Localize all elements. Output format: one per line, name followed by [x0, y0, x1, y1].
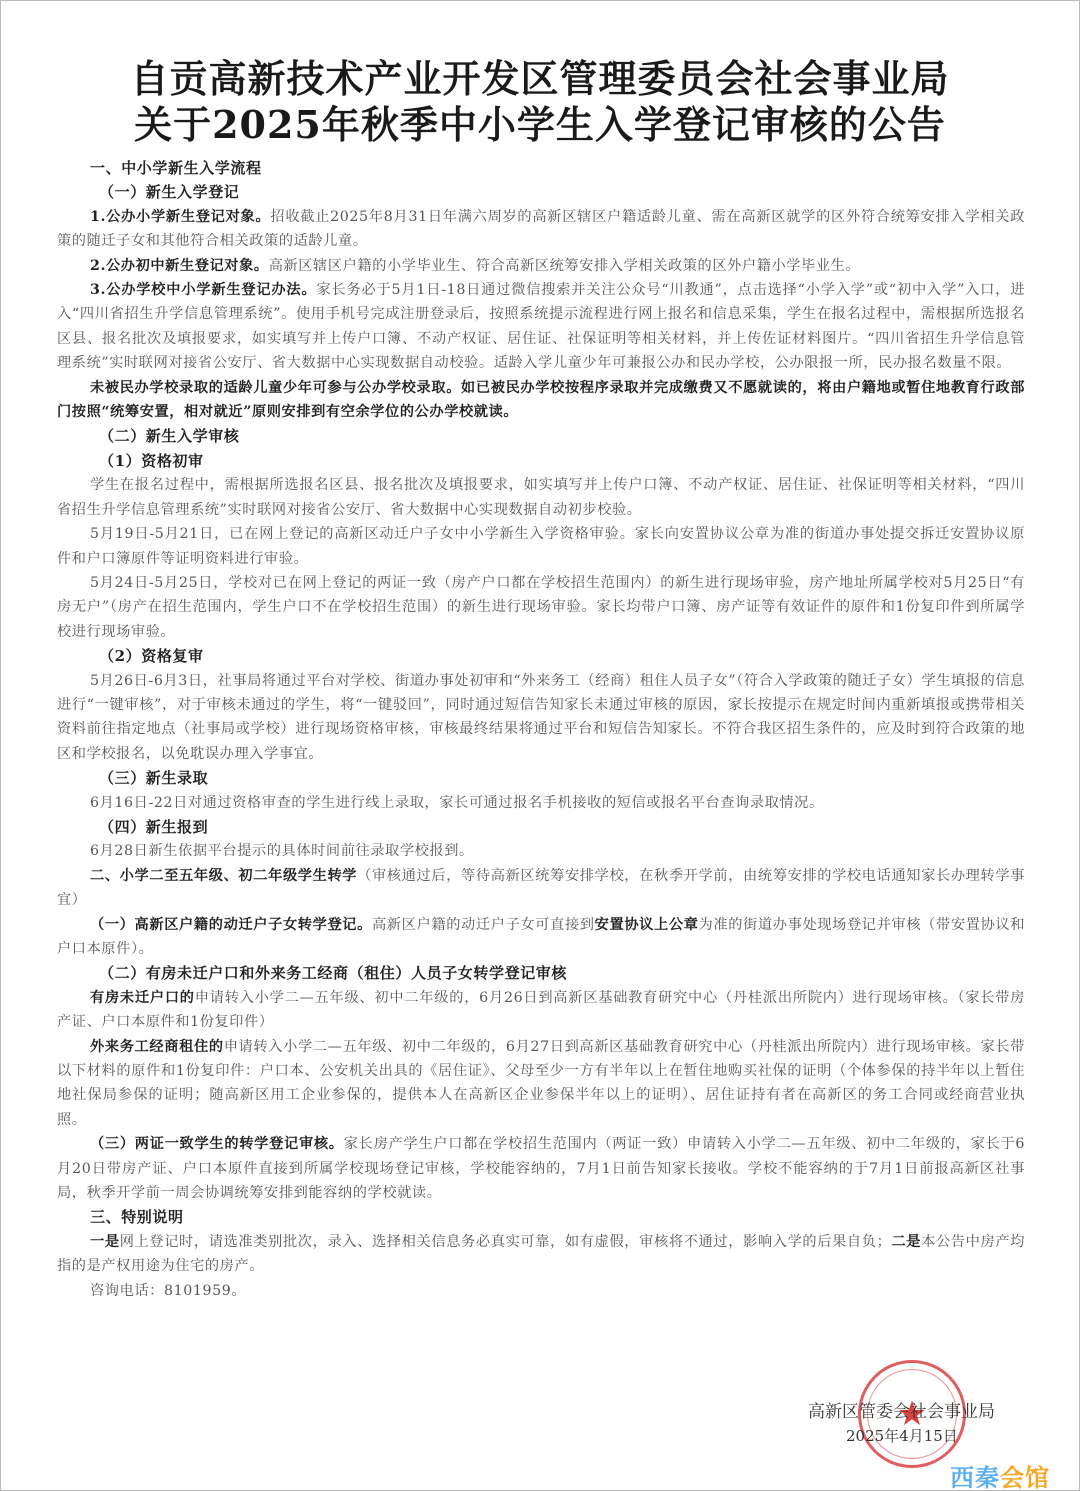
paragraph: 外来务工经商租住的申请转入小学二—五年级、初中二年级的，6月27日到高新区基础教… — [57, 1035, 1025, 1133]
document-body: 一、中小学新生入学流程 （一）新生入学登记 1.公办小学新生登记对象。招收截止2… — [57, 156, 1025, 1303]
paragraph-emphasis: 安置协议上公章 — [595, 917, 699, 933]
paragraph-text: 高新区户籍的动迁户子女可直接到 — [372, 917, 595, 933]
section-heading-1: 一、中小学新生入学流程 — [57, 156, 1025, 180]
signature-block: 高新区管委会社会事业局 2025年4月15日 — [808, 1400, 995, 1448]
paragraph: 1.公办小学新生登记对象。招收截止2025年8月31日年满六周岁的高新区辖区户籍… — [57, 205, 1025, 254]
subsection-heading: （二）新生入学审核 — [57, 424, 1025, 448]
subsection-heading: （三）新生录取 — [57, 766, 1025, 790]
document-title-line1: 自贡高新技术产业开发区管理委员会社会事业局 — [0, 54, 1080, 104]
paragraph-text: 申请转入小学二—五年级、初中二年级的，6月26日到高新区基础教育研究中心（丹桂派… — [57, 990, 1025, 1030]
paragraph-lead: 外来务工经商租住的 — [90, 1039, 224, 1055]
subsection-heading: （二）有房未迁户口和外来务工经商（租住）人员子女转学登记审核 — [57, 961, 1025, 985]
paragraph-lead: 一是 — [90, 1234, 120, 1250]
paragraph: 6月28日新生依据平台提示的具体时间前往录取学校报到。 — [57, 839, 1025, 863]
paragraph: 5月24日-5月25日，学校对已在网上登记的两证一致（房产户口都在学校招生范围内… — [57, 571, 1025, 644]
section-heading-text: 二、小学二至五年级、初二年级学生转学 — [90, 868, 357, 884]
paragraph-lead: 有房未迁户口的 — [90, 990, 195, 1006]
paragraph: 3.公办学校中小学新生登记办法。家长务必于5月1日-18日通过微信搜索并关注公众… — [57, 278, 1025, 376]
document-title-line2: 关于2025年秋季中小学生入学登记审核的公告 — [0, 100, 1080, 150]
subsection-heading: （2）资格复审 — [57, 644, 1025, 668]
paragraph: 有房未迁户口的申请转入小学二—五年级、初中二年级的，6月26日到高新区基础教育研… — [57, 986, 1025, 1035]
subsection-heading: （四）新生报到 — [57, 815, 1025, 839]
paragraph-text: 网上登记时，请选准类别批次，录入、选择相关信息务必真实可靠，如有虚假，审核将不通… — [120, 1234, 892, 1250]
watermark-logo: 西秦会馆 — [950, 1458, 1050, 1491]
paragraph: 学生在报名过程中，需根据所选报名区县、报名批次及填报要求，如实填写并上传户口簿、… — [57, 473, 1025, 522]
signature-date: 2025年4月15日 — [808, 1424, 995, 1448]
paragraph-text: 高新区辖区户籍的小学毕业生、符合高新区统筹安排入学相关政策的区外户籍小学毕业生。 — [269, 258, 861, 274]
paragraph: （三）两证一致学生的转学登记审核。家长房产学生户口都在学校招生范围内（两证一致）… — [57, 1132, 1025, 1205]
paragraph-lead: 1.公办小学新生登记对象。 — [90, 209, 270, 225]
watermark-part2: 会馆 — [1000, 1464, 1050, 1491]
signature-org: 高新区管委会社会事业局 — [808, 1400, 995, 1424]
paragraph: 6月16日-22日对通过资格审查的学生进行线上录取，家长可通过报名手机接收的短信… — [57, 791, 1025, 815]
paragraph: 一是网上登记时，请选准类别批次，录入、选择相关信息务必真实可靠，如有虚假，审核将… — [57, 1230, 1025, 1279]
paragraph-emphasis: 未被民办学校录取的适龄儿童少年可参与公办学校录取。如已被民办学校按程序录取并完成… — [57, 376, 1025, 425]
section-heading-2: 二、小学二至五年级、初二年级学生转学（审核通过后，等待高新区统筹安排学校，在秋季… — [57, 864, 1025, 913]
subsection-heading: （1）资格初审 — [57, 449, 1025, 473]
paragraph-lead: 2.公办初中新生登记对象。 — [90, 258, 269, 274]
paragraph: 5月19日-5月21日，已在网上登记的高新区动迁户子女中小学新生入学资格审验。家… — [57, 522, 1025, 571]
paragraph: （一）高新区户籍的动迁户子女转学登记。高新区户籍的动迁户子女可直接到安置协议上公… — [57, 913, 1025, 962]
paragraph: 5月26日-6月3日，社事局将通过平台对学校、街道办事处初审和“外来务工（经商）… — [57, 669, 1025, 767]
subsection-heading: （一）新生入学登记 — [57, 180, 1025, 204]
contact-phone: 咨询电话：8101959。 — [57, 1279, 1025, 1303]
paragraph-lead: 3.公办学校中小学新生登记办法。 — [90, 282, 316, 298]
paragraph-lead: （一）高新区户籍的动迁户子女转学登记。 — [90, 917, 372, 933]
section-heading-3: 三、特别说明 — [57, 1205, 1025, 1229]
paragraph-text: 未被民办学校录取的适龄儿童少年可参与公办学校录取。如已被民办学校按程序录取并完成… — [57, 380, 1025, 420]
paragraph: 2.公办初中新生登记对象。高新区辖区户籍的小学毕业生、符合高新区统筹安排入学相关… — [57, 254, 1025, 278]
paragraph-lead: 二是 — [891, 1234, 921, 1250]
paragraph-lead: （三）两证一致学生的转学登记审核。 — [90, 1136, 344, 1152]
watermark-part1: 西秦 — [950, 1464, 1000, 1491]
